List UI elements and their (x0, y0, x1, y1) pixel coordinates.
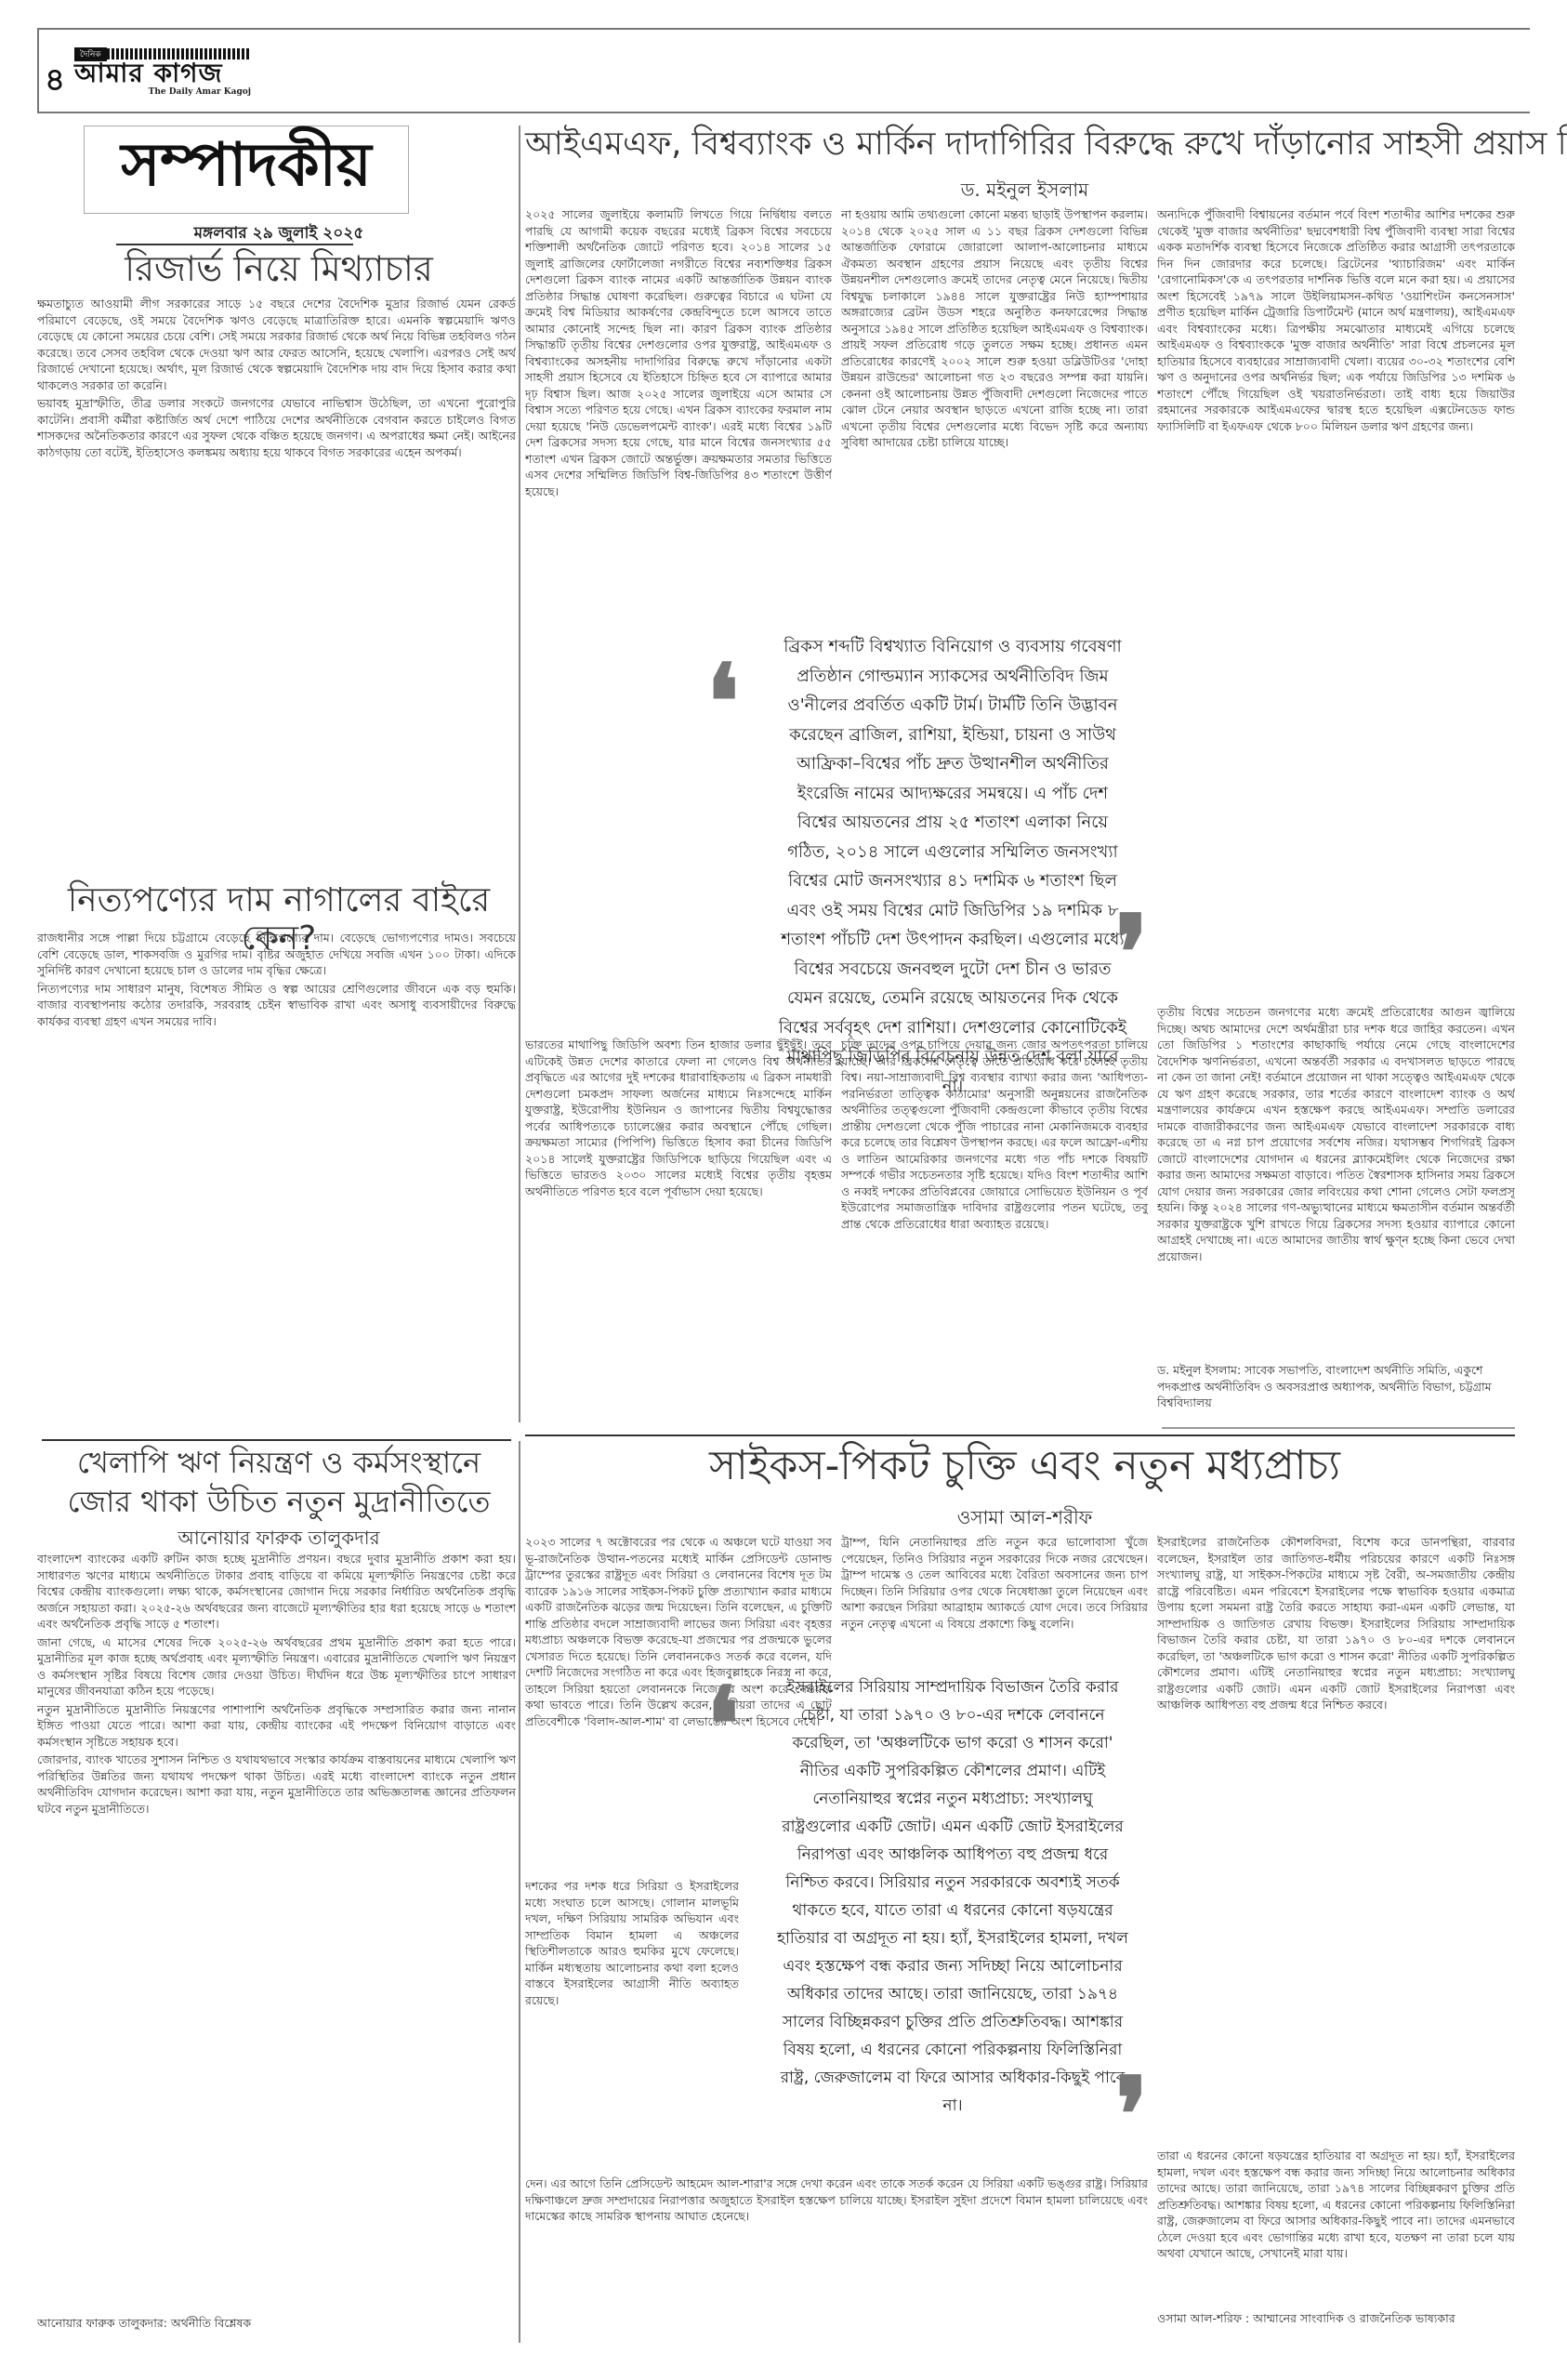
masthead: ৪ দৈনিক আমার কাগজ The Daily Amar Kagoj (37, 28, 1530, 113)
section-divider (525, 1435, 1515, 1436)
monetary-author-note: আনোয়ার ফারুক তালুকদার: অর্থনীতি বিশ্লেষ… (37, 2315, 516, 2332)
close-quote-icon: ❜ (1115, 2064, 1148, 2166)
logo-english-subtitle: The Daily Amar Kagoj (74, 87, 251, 97)
brics-lower-column-3: তৃতীয় বিশ্বের সচেতন জনগণের মধ্যে ক্রমেই… (1157, 1004, 1515, 1357)
column-divider (519, 126, 520, 1422)
brics-lower-column-1: ভারতের মাথাপিছু জিডিপি অবশ্য তিন হাজার ড… (525, 1037, 832, 1422)
open-quote-icon: ❛ (706, 651, 739, 753)
section-divider (1162, 1427, 1515, 1429)
editorial-1-headline: রিজার্ভ নিয়ে মিথ্যাচার (37, 249, 520, 290)
editorial-section-title: সম্পাদকীয় (121, 120, 371, 219)
monetary-headline-line-2: জোর থাকা উচিত নতুন মুদ্রানীতিতে (37, 1485, 520, 1519)
brics-column-2: না হওয়ায় আমি তথ্যগুলো কোনো মন্তব্য ছাড… (841, 206, 1148, 629)
sykes-pull-quote: ইসরাইলের সিরিয়ায় সাম্প্রদায়িক বিভাজন … (776, 1673, 1129, 2064)
close-quote-icon: ❜ (1115, 902, 1148, 1004)
editorial-1-body: ক্ষমতাচ্যুত আওয়ামী লীগ সরকারের সাড়ে ১৫… (37, 296, 516, 878)
newspaper-logo: দৈনিক আমার কাগজ The Daily Amar Kagoj (74, 48, 251, 97)
sykes-lower-column-3: তারা এ ধরনের কোনো ষড়যন্ত্রের হাতিয়ার ব… (1157, 2148, 1515, 2304)
brics-column-3: অন্যদিকে পুঁজিবাদী বিশ্বায়নের বর্তমান প… (1157, 206, 1515, 1099)
logo-main-text: আমার কাগজ (74, 59, 251, 87)
sykes-lower-column-2: দেন। এর আগে তিনি প্রেসিডেন্ট আহমেদ আল-শা… (525, 2175, 1148, 2334)
brics-article-headline: আইএমএফ, বিশ্বব্যাংক ও মার্কিন দাদাগিরির … (525, 126, 1524, 163)
sykes-author-note: ওসামা আল-শরিফ : আম্মানের সাংবাদিক ও রাজন… (1157, 2310, 1515, 2327)
sykes-column-2: ট্রাম্প, যিনি নেতানিয়াহুর প্রতি নতুন কর… (841, 1534, 1148, 1655)
brics-lower-column-2: চুক্তি তাদের ওপর চাপিয়ে দেয়ার জন্য জোর… (841, 1037, 1148, 1422)
date-underline (116, 244, 353, 245)
brics-column-1: ২০২৫ সালের জুলাইয়ে কলামটি লিখতে গিয়ে ন… (525, 206, 832, 629)
sykes-article-headline: সাইকস-পিকট চুক্তি এবং নতুন মধ্যপ্রাচ্য (525, 1443, 1524, 1490)
editorial-section-banner: সম্পাদকীয় (84, 126, 409, 214)
monetary-article-body: বাংলাদেশ ব্যাংকের একটি রুটিন কাজ হচ্ছে ম… (37, 1551, 516, 2313)
sykes-article-author: ওসামা আল-শরীফ (525, 1504, 1524, 1535)
column-divider (519, 1441, 520, 2343)
brics-article-author: ড. মইনুল ইসলাম (525, 177, 1524, 207)
brics-pull-quote: ব্রিকস শব্দটি বিশ্বখ্যাত বিনিয়োগ ও ব্যব… (776, 632, 1129, 1023)
sykes-column-3: ইসরাইলের রাজনৈতিক কৌশলবিদরা, বিশেষ করে ড… (1157, 1534, 1515, 2138)
open-quote-icon: ❛ (706, 1673, 739, 1776)
brics-author-note: ড. মইনুল ইসলাম: সাবেক সভাপতি, বাংলাদেশ অ… (1157, 1362, 1515, 1411)
section-divider (42, 1439, 511, 1441)
editorial-2-body: রাজধানীর সঙ্গে পাল্লা দিয়ে চট্টগ্রামে ব… (37, 930, 516, 1422)
monetary-headline-line-1: খেলাপি ঋণ নিয়ন্ত্রণ ও কর্মসংস্থানে (37, 1446, 520, 1480)
page-number: ৪ (45, 56, 65, 109)
